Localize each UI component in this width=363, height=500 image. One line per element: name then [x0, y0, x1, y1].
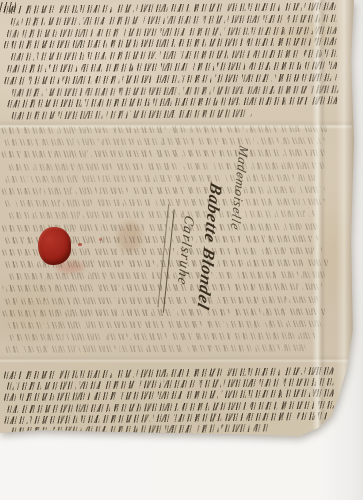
handwriting-line [2, 150, 325, 159]
handwriting-line [4, 38, 337, 49]
scanned-letter-photo: Mademoiselle Babette Blondel Carlsruhe [0, 0, 363, 500]
handwriting-line [3, 2, 336, 13]
handwriting-line [5, 174, 318, 183]
handwriting-line [4, 412, 327, 425]
handwriting-bottom-block [4, 367, 345, 439]
handwriting-line [4, 367, 334, 380]
handwriting-line [2, 186, 325, 195]
handwriting-line [7, 61, 336, 72]
handwriting-line [7, 400, 333, 413]
handwriting-line [11, 109, 251, 120]
handwriting-line [4, 389, 334, 402]
handwriting-top-block [3, 2, 347, 124]
handwriting-line [11, 85, 340, 96]
handwriting-line [8, 97, 337, 108]
letter-sheet: Mademoiselle Babette Blondel Carlsruhe [0, 0, 363, 500]
wax-speck [99, 238, 102, 241]
handwriting-line [7, 378, 333, 391]
handwriting-line [4, 73, 337, 84]
paper-shadow: Mademoiselle Babette Blondel Carlsruhe [0, 0, 363, 500]
handwriting-line [1, 125, 327, 134]
handwriting-line [8, 162, 324, 171]
handwriting-line [10, 14, 336, 25]
handwriting-line [11, 50, 337, 61]
red-wax-seal [38, 227, 71, 265]
handwriting-line [7, 26, 336, 37]
handwriting-line [9, 211, 315, 220]
handwriting-line [11, 424, 269, 436]
wax-speck [78, 243, 82, 246]
handwriting-line [5, 137, 325, 146]
